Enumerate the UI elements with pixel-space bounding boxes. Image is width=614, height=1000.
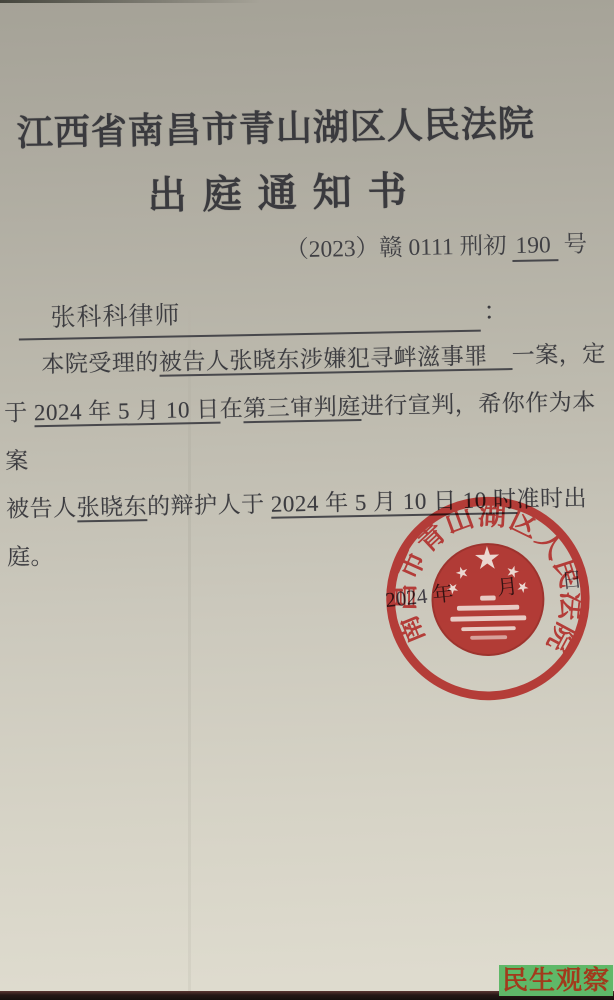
body-text: 被告人 <box>6 495 77 521</box>
body-filled-blank: 张晓东 <box>76 494 147 522</box>
body-filled-blank: 第三审判庭 <box>243 394 361 423</box>
notice-document: 江西省南昌市青山湖区人民法院 出庭通知书 （2023）赣 0111 刑初 190… <box>0 0 614 1000</box>
document-photo: 江西省南昌市青山湖区人民法院 出庭通知书 （2023）赣 0111 刑初 190… <box>0 0 614 1000</box>
case-number: （2023）赣 0111 刑初 190 号 <box>285 225 588 265</box>
body-text: 的辩护人于 <box>147 492 271 519</box>
body-text: 在 <box>220 396 244 421</box>
addressee-colon: ： <box>480 291 509 332</box>
case-number-serial: 190 <box>512 232 558 262</box>
body-filled-blank: 2024 年 5 月 10 日 <box>34 397 220 428</box>
national-emblem-icon <box>431 543 544 656</box>
body-text: 本院受理的 <box>41 350 159 377</box>
court-seal-stamp: 南昌市青山湖区人民法院 <box>378 488 598 708</box>
body-text: 于 <box>4 400 34 426</box>
document-title: 出庭通知书 <box>0 157 561 224</box>
watermark-badge: 民生观察 <box>499 965 613 996</box>
body-text: 一案，定 <box>512 341 606 368</box>
case-number-prefix: （2023）赣 0111 刑初 <box>285 233 513 263</box>
addressee-name: 张科科律师 <box>18 290 481 341</box>
court-name-heading: 江西省南昌市青山湖区人民法院 <box>0 95 559 157</box>
case-number-suffix: 号 <box>558 232 588 259</box>
body-filled-blank: 被告人张晓东涉嫌犯寻衅滋事罪 <box>159 343 512 377</box>
